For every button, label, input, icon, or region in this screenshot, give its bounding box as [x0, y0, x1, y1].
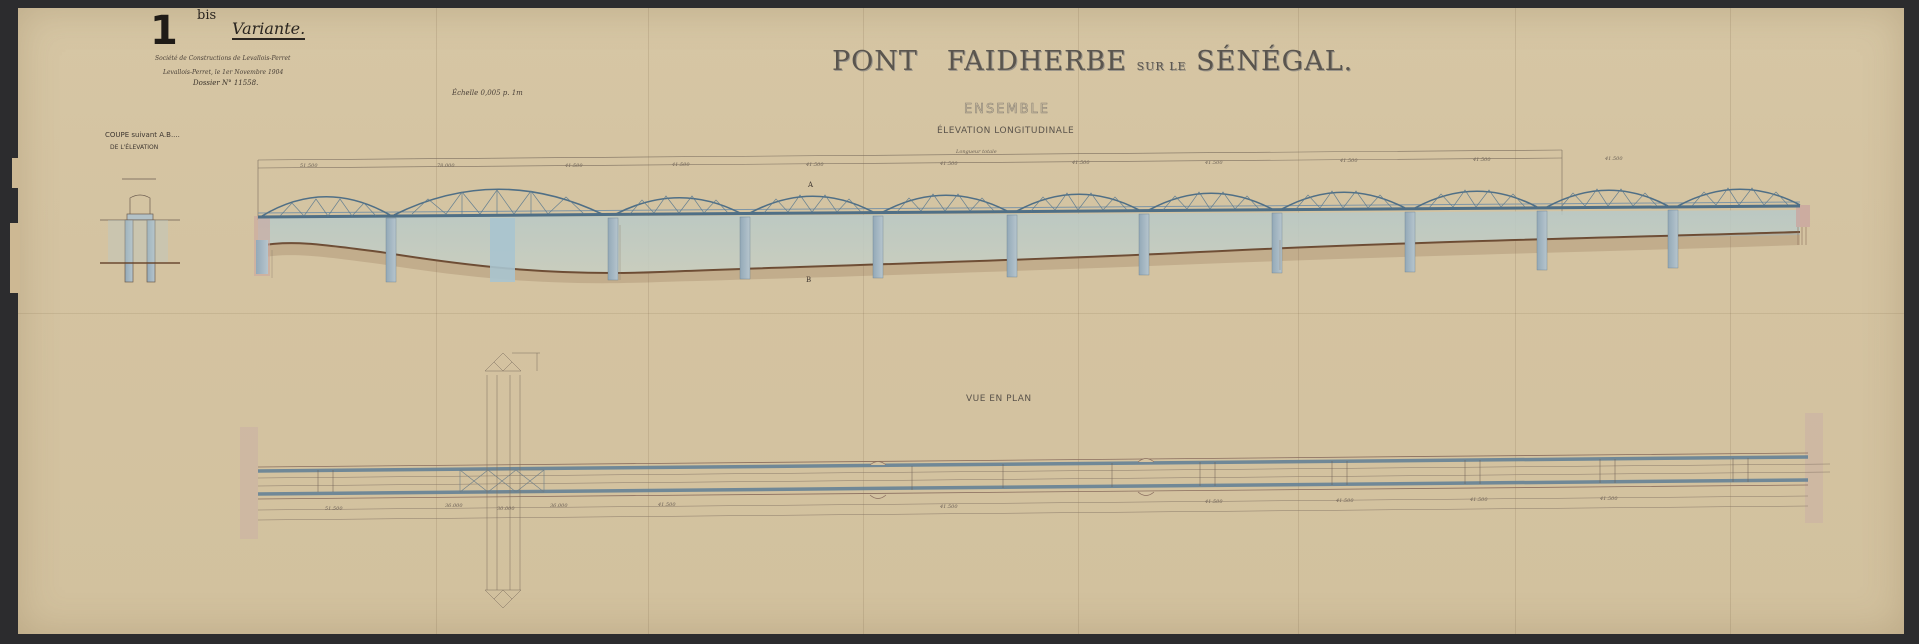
right-abutment — [1796, 205, 1810, 227]
left-abutment-foot — [256, 240, 268, 274]
drawing-graphics — [0, 0, 1919, 644]
cross-section-drawing — [100, 179, 180, 282]
plan-view-drawing — [240, 353, 1830, 608]
